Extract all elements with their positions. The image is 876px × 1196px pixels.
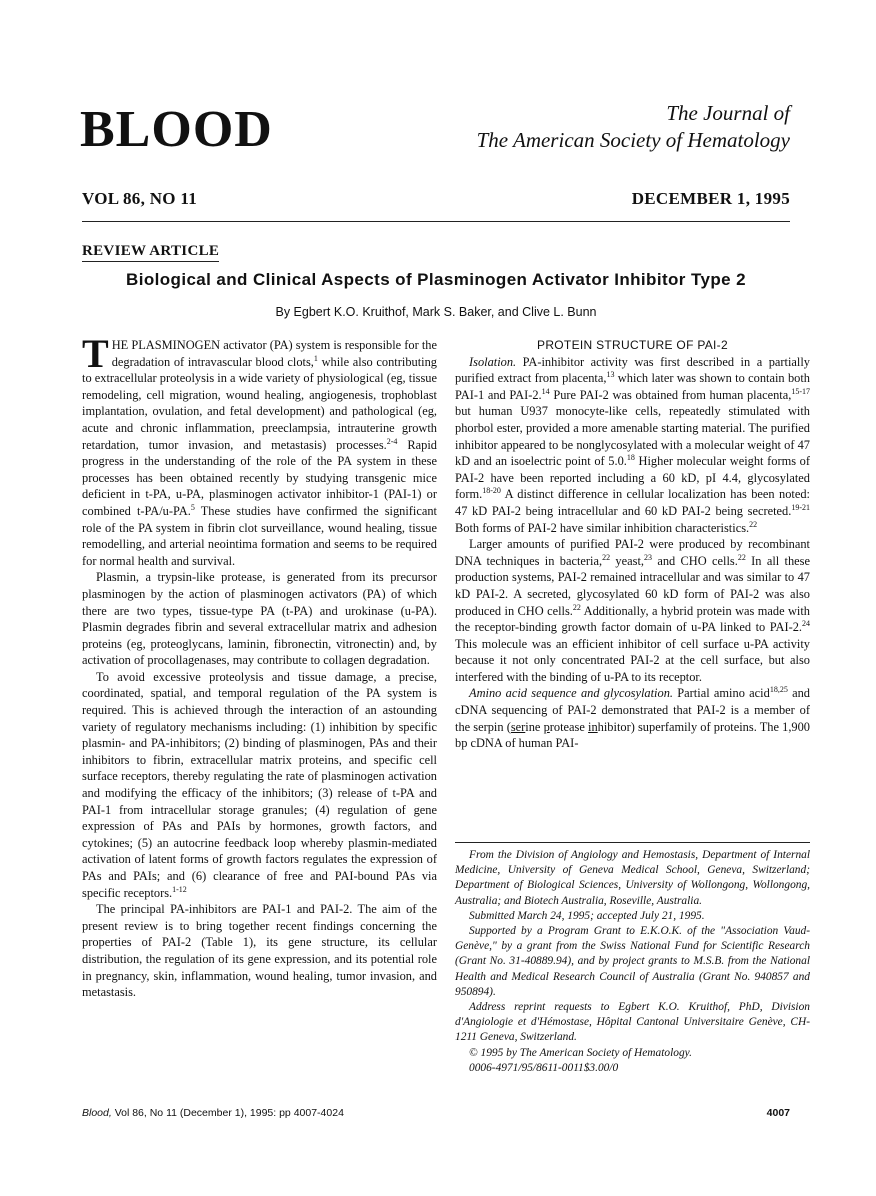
paragraph: To avoid excessive proteolysis and tissu… <box>82 669 437 901</box>
dates-note: Submitted March 24, 1995; accepted July … <box>455 909 810 924</box>
volume-issue: VOL 86, NO 11 <box>82 189 197 209</box>
masthead-title: BLOOD <box>80 104 273 156</box>
paragraph: Isolation. PA-inhibitor activity was fir… <box>455 354 810 537</box>
issue-row: VOL 86, NO 11 DECEMBER 1, 1995 <box>82 189 790 209</box>
journal-name: The Journal of The American Society of H… <box>477 100 790 154</box>
issue-date: DECEMBER 1, 1995 <box>632 189 790 209</box>
reference-link[interactable]: 18,25 <box>770 685 788 694</box>
footnotes: From the Division of Angiology and Hemos… <box>455 848 810 1076</box>
reference-link[interactable]: 15-17 <box>791 387 810 396</box>
reference-link[interactable]: 23 <box>644 553 652 562</box>
reference-link[interactable]: 18 <box>627 453 635 462</box>
support-note: Supported by a Program Grant to E.K.O.K.… <box>455 924 810 1000</box>
intro-paragraph: THE PLASMINOGEN activator (PA) system is… <box>82 337 437 569</box>
paragraph: The principal PA-inhibitors are PAI-1 an… <box>82 901 437 1001</box>
page-number: 4007 <box>767 1107 790 1119</box>
article-code: 0006-4971/95/8611-0011$3.00/0 <box>455 1061 810 1076</box>
byline: By Egbert K.O. Kruithof, Mark S. Baker, … <box>82 305 790 319</box>
reference-link[interactable]: 22 <box>602 553 610 562</box>
journal-line-2: The American Society of Hematology <box>477 127 790 154</box>
affiliation-note: From the Division of Angiology and Hemos… <box>455 848 810 909</box>
left-column: THE PLASMINOGEN activator (PA) system is… <box>82 337 437 1001</box>
reference-link[interactable]: 22 <box>749 519 757 528</box>
reference-link[interactable]: 2-4 <box>387 436 398 445</box>
footnote-rule <box>455 842 810 843</box>
journal-line-1: The Journal of <box>477 100 790 127</box>
paragraph: Larger amounts of purified PAI-2 were pr… <box>455 536 810 685</box>
reference-link[interactable]: 18-20 <box>482 486 501 495</box>
reference-link[interactable]: 19-21 <box>791 503 810 512</box>
article-title: Biological and Clinical Aspects of Plasm… <box>82 270 790 290</box>
reference-link[interactable]: 14 <box>542 387 550 396</box>
footer-citation: Blood, Vol 86, No 11 (December 1), 1995:… <box>82 1107 344 1119</box>
drop-cap: T <box>82 339 109 369</box>
paragraph: Plasmin, a trypsin-like protease, is gen… <box>82 569 437 669</box>
copyright-note: © 1995 by The American Society of Hemato… <box>455 1046 810 1061</box>
reference-link[interactable]: 22 <box>738 553 746 562</box>
run-in-heading: Isolation. <box>469 355 516 369</box>
section-heading: PROTEIN STRUCTURE OF PAI-2 <box>455 337 810 354</box>
reference-link[interactable]: 24 <box>802 619 810 628</box>
section-label: REVIEW ARTICLE <box>82 243 219 262</box>
header-rule <box>82 221 790 222</box>
reference-link[interactable]: 22 <box>573 602 581 611</box>
right-column: PROTEIN STRUCTURE OF PAI-2 Isolation. PA… <box>455 337 810 752</box>
paragraph: Amino acid sequence and glycosylation. P… <box>455 685 810 751</box>
reference-link[interactable]: 1-12 <box>172 884 187 893</box>
run-in-heading: Amino acid sequence and glycosylation. <box>469 686 673 700</box>
reprints-note: Address reprint requests to Egbert K.O. … <box>455 1000 810 1046</box>
